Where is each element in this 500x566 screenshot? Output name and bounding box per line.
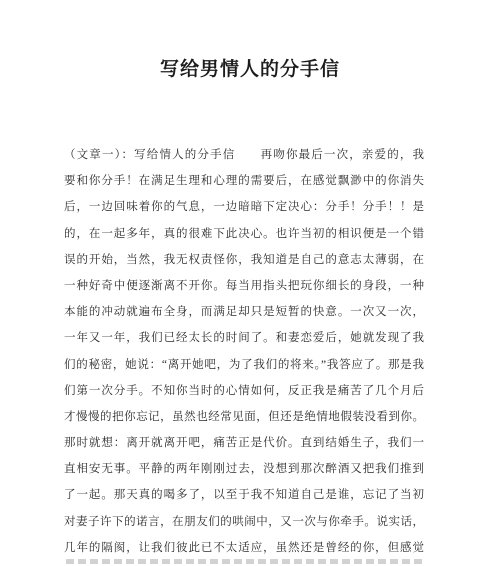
- body-line: 对妻子许下的诺言，在朋友们的哄闹中，又一次与你牵手。说实话，: [64, 509, 424, 535]
- clipped-next-line-fragment: [66, 559, 424, 564]
- body-line: 一年又一年，我们已经太长的时间了。和妻恋爱后，她就发现了我: [64, 325, 424, 351]
- body-line: 才慢慢的把你忘记，虽然也经常见面，但还是绝情地假装没看到你。: [64, 404, 424, 430]
- body-line: 要和你分手！在满足生理和心理的需要后，在感觉飘渺中的你消失: [64, 168, 424, 194]
- body-line: 后，一边回味着你的气息，一边暗暗下定决心：分手！分手！！是: [64, 194, 424, 220]
- body-line: 了一起。那天真的喝多了，以至于我不知道自己是谁，忘记了当初: [64, 482, 424, 508]
- body-line: 那时就想：离开就离开吧，痛苦正是代价。直到结婚生子，我们一: [64, 430, 424, 456]
- document-title: 写给男情人的分手信: [0, 56, 500, 84]
- body-line: 本能的冲动就遍布全身，而满足却只是短暂的快意。一次又一次，: [64, 299, 424, 325]
- body-line: 一种好奇中便逐渐离不开你。每当用指头把玩你细长的身段，一种: [64, 273, 424, 299]
- body-line: 误的开始，当然，我无权责怪你，我知道是自己的意志太薄弱，在: [64, 247, 424, 273]
- body-line: 的，在一起多年，真的很难下此决心。也许当初的相识便是一个错: [64, 221, 424, 247]
- body-line: （文章一）：写给情人的分手信 再吻你最后一次，亲爱的，我: [64, 142, 424, 168]
- body-line: 们第一次分手。不知你当时的心情如何，反正我是痛苦了几个月后: [64, 378, 424, 404]
- body-line: 直相安无事。平静的两年刚刚过去，没想到那次醉酒又把我们推到: [64, 456, 424, 482]
- body-line: 们的秘密，她说：“离开她吧，为了我们的将来。”我答应了。那是我: [64, 352, 424, 378]
- document-body: （文章一）：写给情人的分手信 再吻你最后一次，亲爱的，我 要和你分手！在满足生理…: [64, 142, 424, 561]
- body-line: 几年的隔阂，让我们彼此已不太适应，虽然还是曾经的你，但感觉: [64, 535, 424, 561]
- document-page: 写给男情人的分手信 （文章一）：写给情人的分手信 再吻你最后一次，亲爱的，我 要…: [0, 0, 500, 566]
